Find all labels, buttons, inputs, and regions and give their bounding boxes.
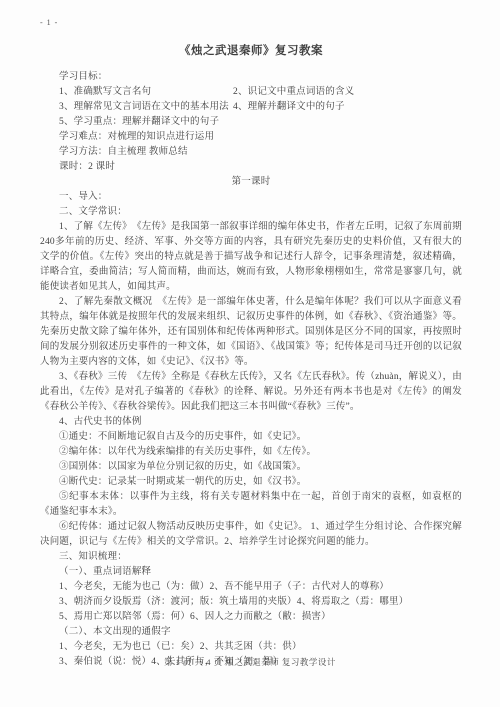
text-line: 3、朝济而夕设版焉（济：渡河；版：筑土墙用的夹版）4、将焉取之（焉：哪里） bbox=[40, 595, 462, 610]
text-segment: 2、识记文中重点词语的含义 bbox=[233, 87, 354, 97]
text-line: 一、导入： bbox=[40, 190, 462, 205]
text-line: 学习方法：自主梳理 教师总结 bbox=[40, 145, 462, 160]
text-line: 5、焉用亡郑以陪邻（焉：何）6、因人之力而敝之（敝：损害） bbox=[40, 610, 462, 625]
text-line: 三、知识梳理： bbox=[40, 550, 462, 565]
text-line: 1、今老矣，无为也已（已：矣）2、共其乏困（共：供） bbox=[40, 640, 462, 655]
text-line: 4、古代史书的体例 bbox=[40, 415, 462, 430]
document-page: - 1 - 《烛之武退秦师》复习教案 学习目标：1、准确默写文言名句2、识记文中… bbox=[0, 0, 500, 707]
text-line: 学习难点：对梳理的知识点进行运用 bbox=[40, 130, 462, 145]
text-line: 2、了解先秦散文概况 《左传》是一部编年体史著，什么是编年体呢？我们可以从字面意… bbox=[40, 295, 462, 370]
page-footer: 第 1 页 共 4 页 烛之武退秦师 复习教学设计 bbox=[0, 656, 500, 668]
document-title: 《烛之武退秦师》复习教案 bbox=[40, 43, 462, 59]
document-body: 学习目标：1、准确默写文言名句2、识记文中重点词语的含义3、理解常见文言词语在文… bbox=[40, 70, 462, 670]
text-line: ④断代史：记录某一时期或某一朝代的历史，如《汉书》。 bbox=[40, 475, 462, 490]
text-line: 5、学习重点：理解并翻译文中的句子 bbox=[40, 115, 462, 130]
text-line: （一）、重点词语解释 bbox=[40, 565, 462, 580]
text-segment: 3、理解常见文言词语在文中的基本用法 bbox=[59, 100, 233, 115]
text-line: ①通史：不间断地记叙自古及今的历史事件，如《史记》。 bbox=[40, 430, 462, 445]
text-line: ⑤纪事本末体：以事件为主线，将有关专题材料集中在一起，首创于南宋的袁枢，如袁枢的… bbox=[40, 490, 462, 520]
text-line: ⑥纪传体：通过记叙人物活动反映历史事件，如《史记》。 1、通过学生分组讨论、合作… bbox=[40, 520, 462, 550]
text-line: ②编年体：以年代为线索编排的有关历史事件，如《左传》。 bbox=[40, 445, 462, 460]
text-line: 第一课时 bbox=[40, 175, 462, 190]
text-line: 3、理解常见文言词语在文中的基本用法4、理解并翻译文中的句子 bbox=[40, 100, 462, 115]
text-line: ③国别体：以国家为单位分别记叙的历史，如《战国策》。 bbox=[40, 460, 462, 475]
text-line: 课时：2 课时 bbox=[40, 160, 462, 175]
page-number-top: - 1 - bbox=[40, 18, 462, 28]
text-segment: 4、理解并翻译文中的句子 bbox=[233, 102, 345, 112]
text-line: 3、《春秋》三传 《左传》全称是《春秋左氏传》，又名《左氏春秋》。传（zhuàn… bbox=[40, 370, 462, 415]
text-segment: 1、准确默写文言名句 bbox=[59, 85, 233, 100]
text-line: （二）、本文出现的通假字 bbox=[40, 625, 462, 640]
text-line: 1、了解《左传》 《左传》是我国第一部叙事详细的编年体史书，作者左丘明，记叙了东… bbox=[40, 220, 462, 295]
text-line: 学习目标： bbox=[40, 70, 462, 85]
text-line: 1、今老矣，无能为也己（为：做）2、吾不能早用子（子：古代对人的尊称） bbox=[40, 580, 462, 595]
text-line: 1、准确默写文言名句2、识记文中重点词语的含义 bbox=[40, 85, 462, 100]
text-line: 二、文学常识： bbox=[40, 205, 462, 220]
